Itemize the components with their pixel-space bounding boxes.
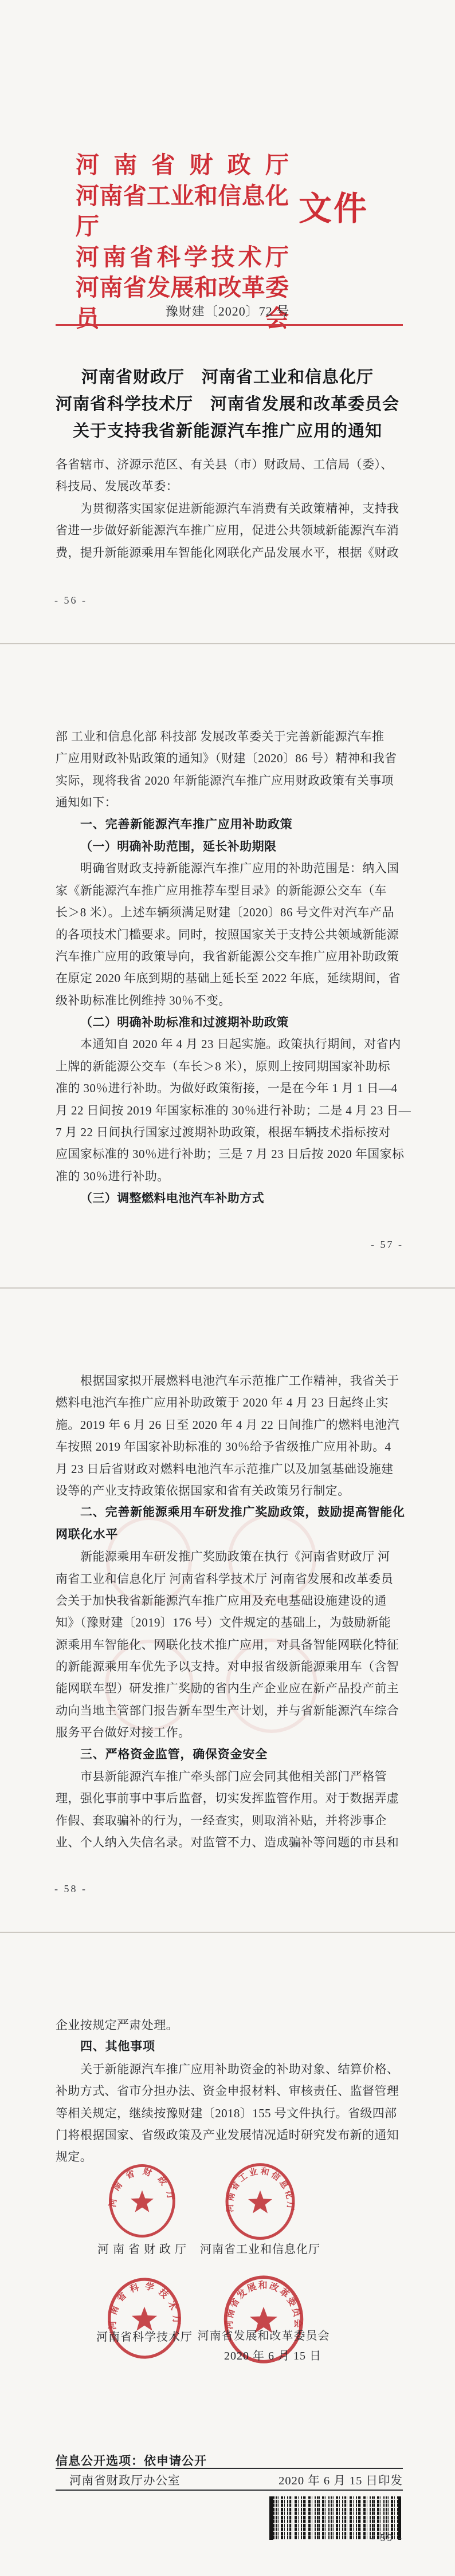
text-line: 实际，现将我省 2020 年新能源汽车推广应用财政政策有关事项	[56, 770, 403, 791]
red-divider	[56, 324, 403, 326]
text-line: 省进一步做好新能源汽车推广应用，促进公共领域新能源汽车消	[56, 519, 403, 541]
title-line: 关于支持我省新能源汽车推广应用的通知	[0, 418, 455, 445]
text-line: 企业按规定严肃处理。	[56, 2014, 403, 2036]
sub-heading: （三）调整燃料电池汽车补助方式	[56, 1187, 403, 1209]
text-line: 能网联车型）研发推广奖励的省内生产企业应在新产品投产前主	[56, 1677, 403, 1699]
text-line: 会关于加快我省新能源汽车推广应用及充电基础设施建设的通	[56, 1590, 403, 1612]
text-line: 服务平台做好对接工作。	[56, 1722, 403, 1743]
section-heading: 一、完善新能源汽车推广应用补助政策	[56, 814, 403, 836]
text-line: 各省辖市、济源示范区、有关县（市）财政局、工信局（委）、	[56, 454, 403, 475]
text-line: 车按照 2019 年国家补助标准的 30％给予省级推广应用补助。4	[56, 1436, 403, 1458]
footer-divider	[56, 2468, 403, 2469]
text-line: 的新能源乘用车优先予以支持。对申报省级新能源乘用车（含智	[56, 1656, 403, 1677]
doc-number: 豫财建〔2020〕72 号	[0, 302, 455, 320]
text-line: 燃料电池汽车推广应用补助政策于 2020 年 4 月 23 日起终止实	[56, 1392, 403, 1413]
section-heading: 三、严格资金监管，确保资金安全	[56, 1744, 403, 1766]
text-line: 南省工业和信息化厅 河南省科学技术厅 河南省发展和改革委员	[56, 1568, 403, 1590]
scanned-official-document: 河南省财政厅 河南省工业和信息化厅 河南省科学技术厅 河南省发展和改革委员会 文…	[0, 0, 455, 2576]
text-line: 科技局、发展改革委：	[56, 475, 403, 497]
section-heading: 四、其他事项	[56, 2036, 403, 2058]
signature-date: 2020 年 6 月 15 日	[217, 2346, 329, 2363]
section-heading: 网联化水平	[56, 1524, 403, 1546]
page-number: - 58 -	[54, 1883, 87, 1895]
text-line: 关于新能源汽车推广应用补助资金的补助对象、结算价格、	[56, 2058, 403, 2080]
body-text: 企业按规定严肃处理。 四、其他事项 关于新能源汽车推广应用补助资金的补助对象、结…	[56, 2014, 403, 2168]
text-line: 准的 30％进行补助。为做好政策衔接，一是在今年 1 月 1 日—4	[56, 1077, 403, 1099]
text-line: 应国家标准的 30％进行补助；三是 7 月 23 日后按 2020 年国家标	[56, 1143, 403, 1165]
page-3: 根据国家拟开展燃料电池汽车示范推广工作精神，我省关于 燃料电池汽车推广应用补助政…	[0, 1287, 455, 1932]
doc-type-label: 文件	[299, 192, 368, 226]
page-1: 河南省财政厅 河南省工业和信息化厅 河南省科学技术厅 河南省发展和改革委员会 文…	[0, 0, 455, 643]
text-line: 在原定 2020 年底到期的基础上延长至 2022 年底，延续期间，省	[56, 967, 403, 989]
text-line: 上牌的新能源公交车（车长＞8 米），原则上按同期国家补助标	[56, 1055, 403, 1077]
text-line: 7 月 22 日间执行国家过渡期补助政策，根据车辆技术指标按对	[56, 1121, 403, 1143]
text-line: 设等的产业支持政策依据国家和省有关政策另行制定。	[56, 1480, 403, 1502]
text-line: 作假、套取骗补的行为，一经查实，则取消补贴，并将涉事企	[56, 1810, 403, 1831]
star-icon	[248, 2191, 272, 2213]
text-line: 知》（豫财建〔2019〕176 号）文件规定的基础上，为鼓励新能	[56, 1612, 403, 1633]
text-line: 家《新能源汽车推广应用推荐车型目录》的新能源公交车（车	[56, 880, 403, 901]
body-text: 各省辖市、济源示范区、有关县（市）财政局、工信局（委）、 科技局、发展改革委： …	[56, 454, 403, 564]
title-line: 河南省科学技术厅 河南省发展和改革委员会	[0, 391, 455, 418]
print-date: 2020 年 6 月 15 日印发	[279, 2471, 403, 2488]
text-line: 新能源乘用车研发推广奖励政策在执行《河南省财政厅 河	[56, 1546, 403, 1567]
footer-divider	[56, 2490, 403, 2491]
issuing-office: 河南省财政厅办公室	[56, 2471, 181, 2488]
seal-signature: 河南省科学技术厅	[87, 2327, 202, 2344]
text-line: 级补助标准比例维持 30％不变。	[56, 990, 403, 1011]
text-line: 市县新能源汽车推广牵头部门应会同其他相关部门严格管	[56, 1766, 403, 1787]
page-number: - 56 -	[54, 594, 87, 606]
official-seal-industry: 河南省工业和信息化厅	[222, 2162, 298, 2241]
page-2: 部 工业和信息化部 科技部 发展改革委关于完善新能源汽车推 广应用财政补贴政策的…	[0, 643, 455, 1287]
page-number: - 59 -	[371, 2532, 403, 2544]
text-line: 通知如下：	[56, 791, 403, 813]
title-line: 河南省财政厅 河南省工业和信息化厅	[0, 364, 455, 391]
document-title: 河南省财政厅 河南省工业和信息化厅 河南省科学技术厅 河南省发展和改革委员会 关…	[0, 364, 455, 445]
page-4: 企业按规定严肃处理。 四、其他事项 关于新能源汽车推广应用补助资金的补助对象、结…	[0, 1932, 455, 2576]
agency-name: 河南省科学技术厅	[76, 242, 289, 273]
agency-name: 河南省财政厅	[76, 150, 289, 181]
text-line: 补助方式、省市分担办法、资金申报材料、审核责任、监督管理	[56, 2080, 403, 2102]
body-text: 根据国家拟开展燃料电池汽车示范推广工作精神，我省关于 燃料电池汽车推广应用补助政…	[56, 1370, 403, 1854]
text-line: 业、个人纳入失信名录。对监管不力、造成骗补等问题的市县和	[56, 1831, 403, 1853]
star-icon	[131, 2191, 154, 2212]
sub-heading: （二）明确补助标准和过渡期补助政策	[56, 1011, 403, 1033]
text-line: 门将根据国家、省级政策及产业发展情况适时研究发布新的通知	[56, 2124, 403, 2146]
text-line: 动向当地主管部门报告新车型生产计划，并与省新能源汽车综合	[56, 1700, 403, 1722]
body-text: 部 工业和信息化部 科技部 发展改革委关于完善新能源汽车推 广应用财政补贴政策的…	[56, 726, 403, 1210]
disclosure-note: 信息公开选项：依申请公开	[56, 2452, 207, 2469]
sub-heading: （一）明确补助范围，延长补助期限	[56, 836, 403, 857]
seal-signature: 河南省工业和信息化厅	[197, 2240, 323, 2256]
seal-signature: 河 南 省 财 政 厅	[85, 2240, 199, 2256]
text-line: 为贯彻落实国家促进新能源汽车消费有关政策精神，支持我	[56, 498, 403, 519]
text-line: 本通知自 2020 年 4 月 23 日起实施。政策执行期间，对省内	[56, 1033, 403, 1055]
text-line: 部 工业和信息化部 科技部 发展改革委关于完善新能源汽车推	[56, 726, 403, 747]
page-number: - 57 -	[371, 1239, 403, 1251]
text-line: 理，强化事前事中事后监督，切实发挥监管作用。对于数据弄虚	[56, 1787, 403, 1809]
agency-name: 河南省工业和信息化厅	[76, 181, 289, 242]
text-line: 月 22 日间按 2019 年国家标准的 30％进行补助；二是 4 月 23 日…	[56, 1100, 403, 1121]
official-seal-science: 河南省科学技术厅	[105, 2275, 183, 2361]
text-line: 广应用财政补贴政策的通知》（财建〔2020〕86 号）精神和我省	[56, 747, 403, 769]
text-line: 施。2019 年 6 月 26 日至 2020 年 4 月 22 日间推广的燃料…	[56, 1414, 403, 1436]
text-line: 月 23 日后省财政对燃料电池汽车示范推广以及加氢基础设施建	[56, 1458, 403, 1480]
text-line: 准的 30％进行补助。	[56, 1165, 403, 1187]
text-line: 等相关规定，继续按豫财建〔2018〕155 号文件执行。省级四部	[56, 2102, 403, 2124]
text-line: 明确省财政支持新能源汽车推广应用的补助范围是：纳入国	[56, 857, 403, 879]
text-line: 的各项技术门槛要求。同时，按照国家关于支持公共领域新能源	[56, 924, 403, 946]
official-seal-finance: 河南省财政厅	[104, 2163, 180, 2239]
section-heading: 二、完善新能源乘用车研发推广奖励政策，鼓励提高智能化	[56, 1502, 403, 1523]
footer-row: 河南省财政厅办公室 2020 年 6 月 15 日印发	[56, 2471, 403, 2488]
text-line: 源乘用车智能化、网联化技术推广应用，对具备智能网联化特征	[56, 1634, 403, 1656]
text-line: 根据国家拟开展燃料电池汽车示范推广工作精神，我省关于	[56, 1370, 403, 1392]
text-line: 长＞8 米）。上述车辆须满足财建〔2020〕86 号文件对汽车产品	[56, 901, 403, 923]
text-line: 汽车推广应用的政策导向，我省新能源公交车推广应用补助政策	[56, 946, 403, 967]
seal-signature: 河南省发展和改革委员会	[195, 2326, 332, 2343]
text-line: 费，提升新能源乘用车智能化网联化产品发展水平，根据《财政	[56, 542, 403, 564]
